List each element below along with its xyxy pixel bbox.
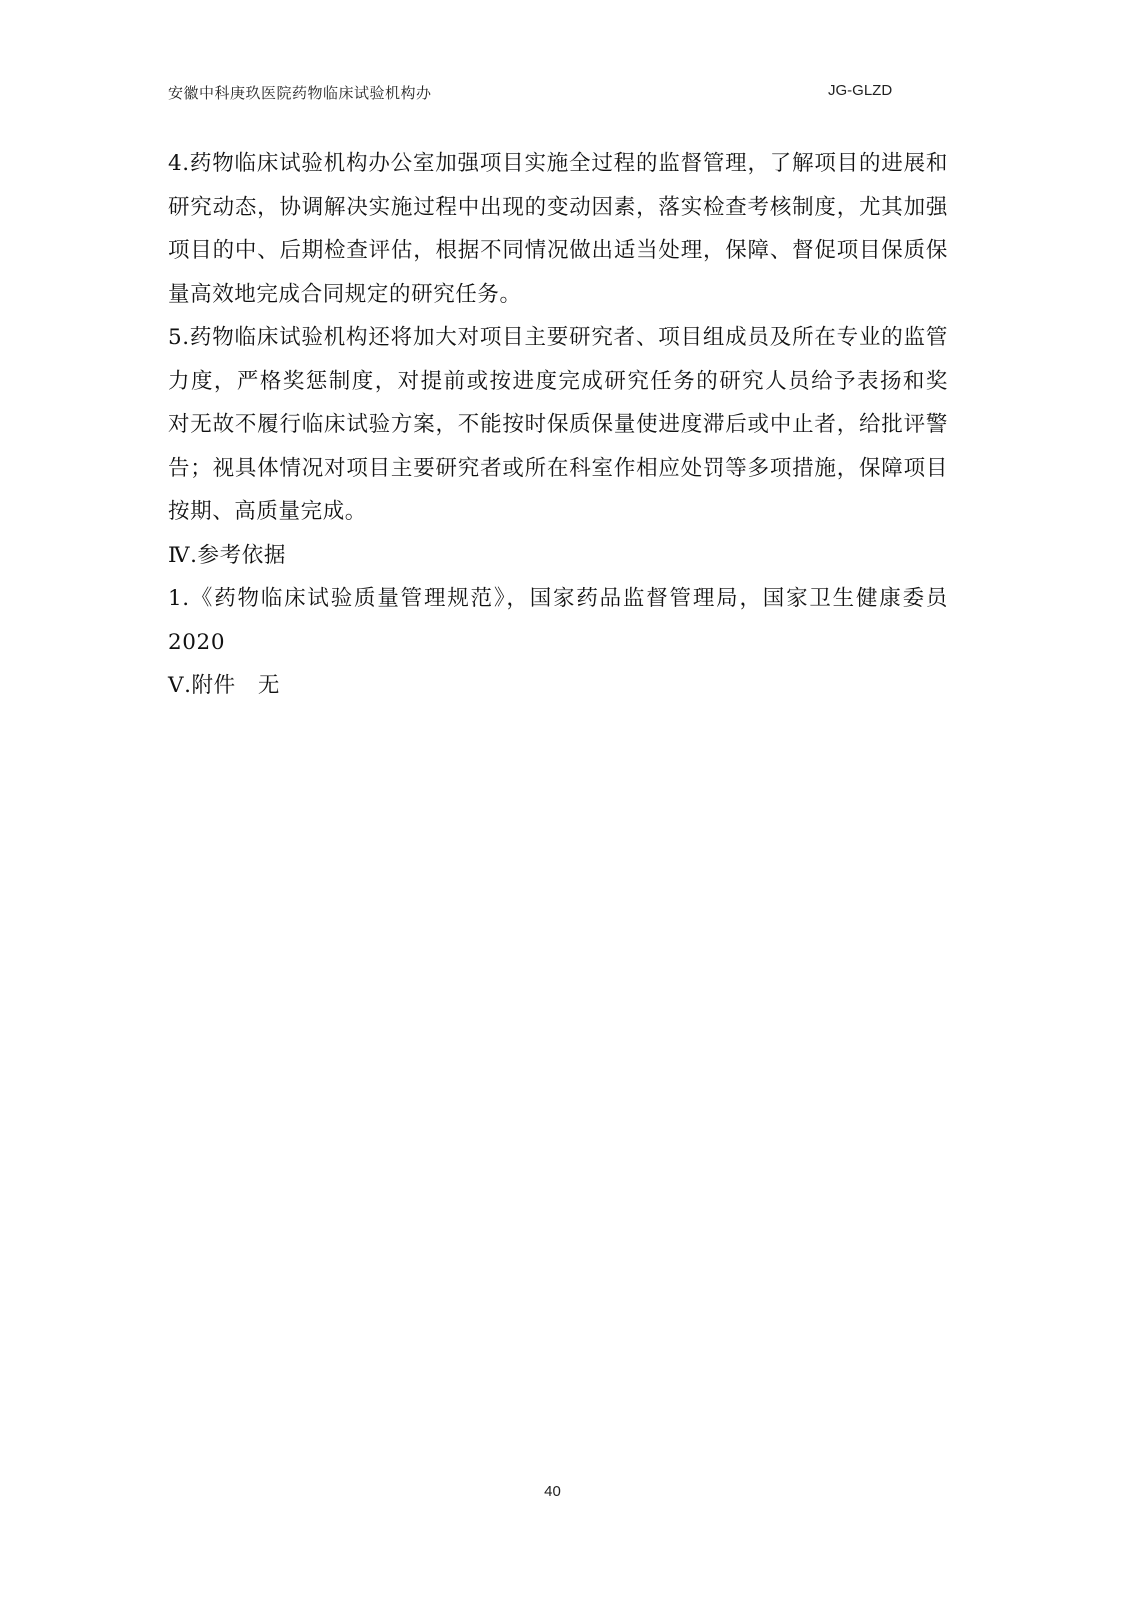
header-organization: 安徽中科庚玖医院药物临床试验机构办 xyxy=(168,82,432,103)
text-line: 2020 xyxy=(168,621,948,665)
header-doc-code: JG-GLZD xyxy=(828,82,892,99)
text-line: 告；视具体情况对项目主要研究者或所在科室作相应处罚等多项措施，保障项目 xyxy=(168,447,948,491)
text-line: 5.药物临床试验机构还将加大对项目主要研究者、项目组成员及所在专业的监管 xyxy=(168,316,948,360)
text-line: 1.《药物临床试验质量管理规范》，国家药品监督管理局，国家卫生健康委员会， xyxy=(168,577,948,621)
document-body: 4.药物临床试验机构办公室加强项目实施全过程的监督管理，了解项目的进展和 研究动… xyxy=(168,142,948,708)
section-iv-heading: Ⅳ.参考依据 xyxy=(168,534,948,578)
text-line: 研究动态，协调解决实施过程中出现的变动因素，落实检查考核制度，尤其加强 xyxy=(168,186,948,230)
page-number: 40 xyxy=(0,1483,1105,1500)
paragraph-item-5: 5.药物临床试验机构还将加大对项目主要研究者、项目组成员及所在专业的监管 力度，… xyxy=(168,316,948,534)
document-page: 安徽中科庚玖医院药物临床试验机构办 JG-GLZD 4.药物临床试验机构办公室加… xyxy=(0,0,1131,1600)
text-line: 力度，严格奖惩制度，对提前或按进度完成研究任务的研究人员给予表扬和奖励； xyxy=(168,360,948,404)
reference-item: 1.《药物临床试验质量管理规范》，国家药品监督管理局，国家卫生健康委员会， 20… xyxy=(168,577,948,664)
text-line: 项目的中、后期检查评估，根据不同情况做出适当处理，保障、督促项目保质保 xyxy=(168,229,948,273)
section-v-heading: Ⅴ.附件 无 xyxy=(168,664,948,708)
text-line: 按期、高质量完成。 xyxy=(168,490,948,534)
text-line: 对无故不履行临床试验方案，不能按时保质保量使进度滞后或中止者，给批评警 xyxy=(168,403,948,447)
paragraph-item-4: 4.药物临床试验机构办公室加强项目实施全过程的监督管理，了解项目的进展和 研究动… xyxy=(168,142,948,316)
text-line: 量高效地完成合同规定的研究任务。 xyxy=(168,273,948,317)
text-line: 4.药物临床试验机构办公室加强项目实施全过程的监督管理，了解项目的进展和 xyxy=(168,142,948,186)
